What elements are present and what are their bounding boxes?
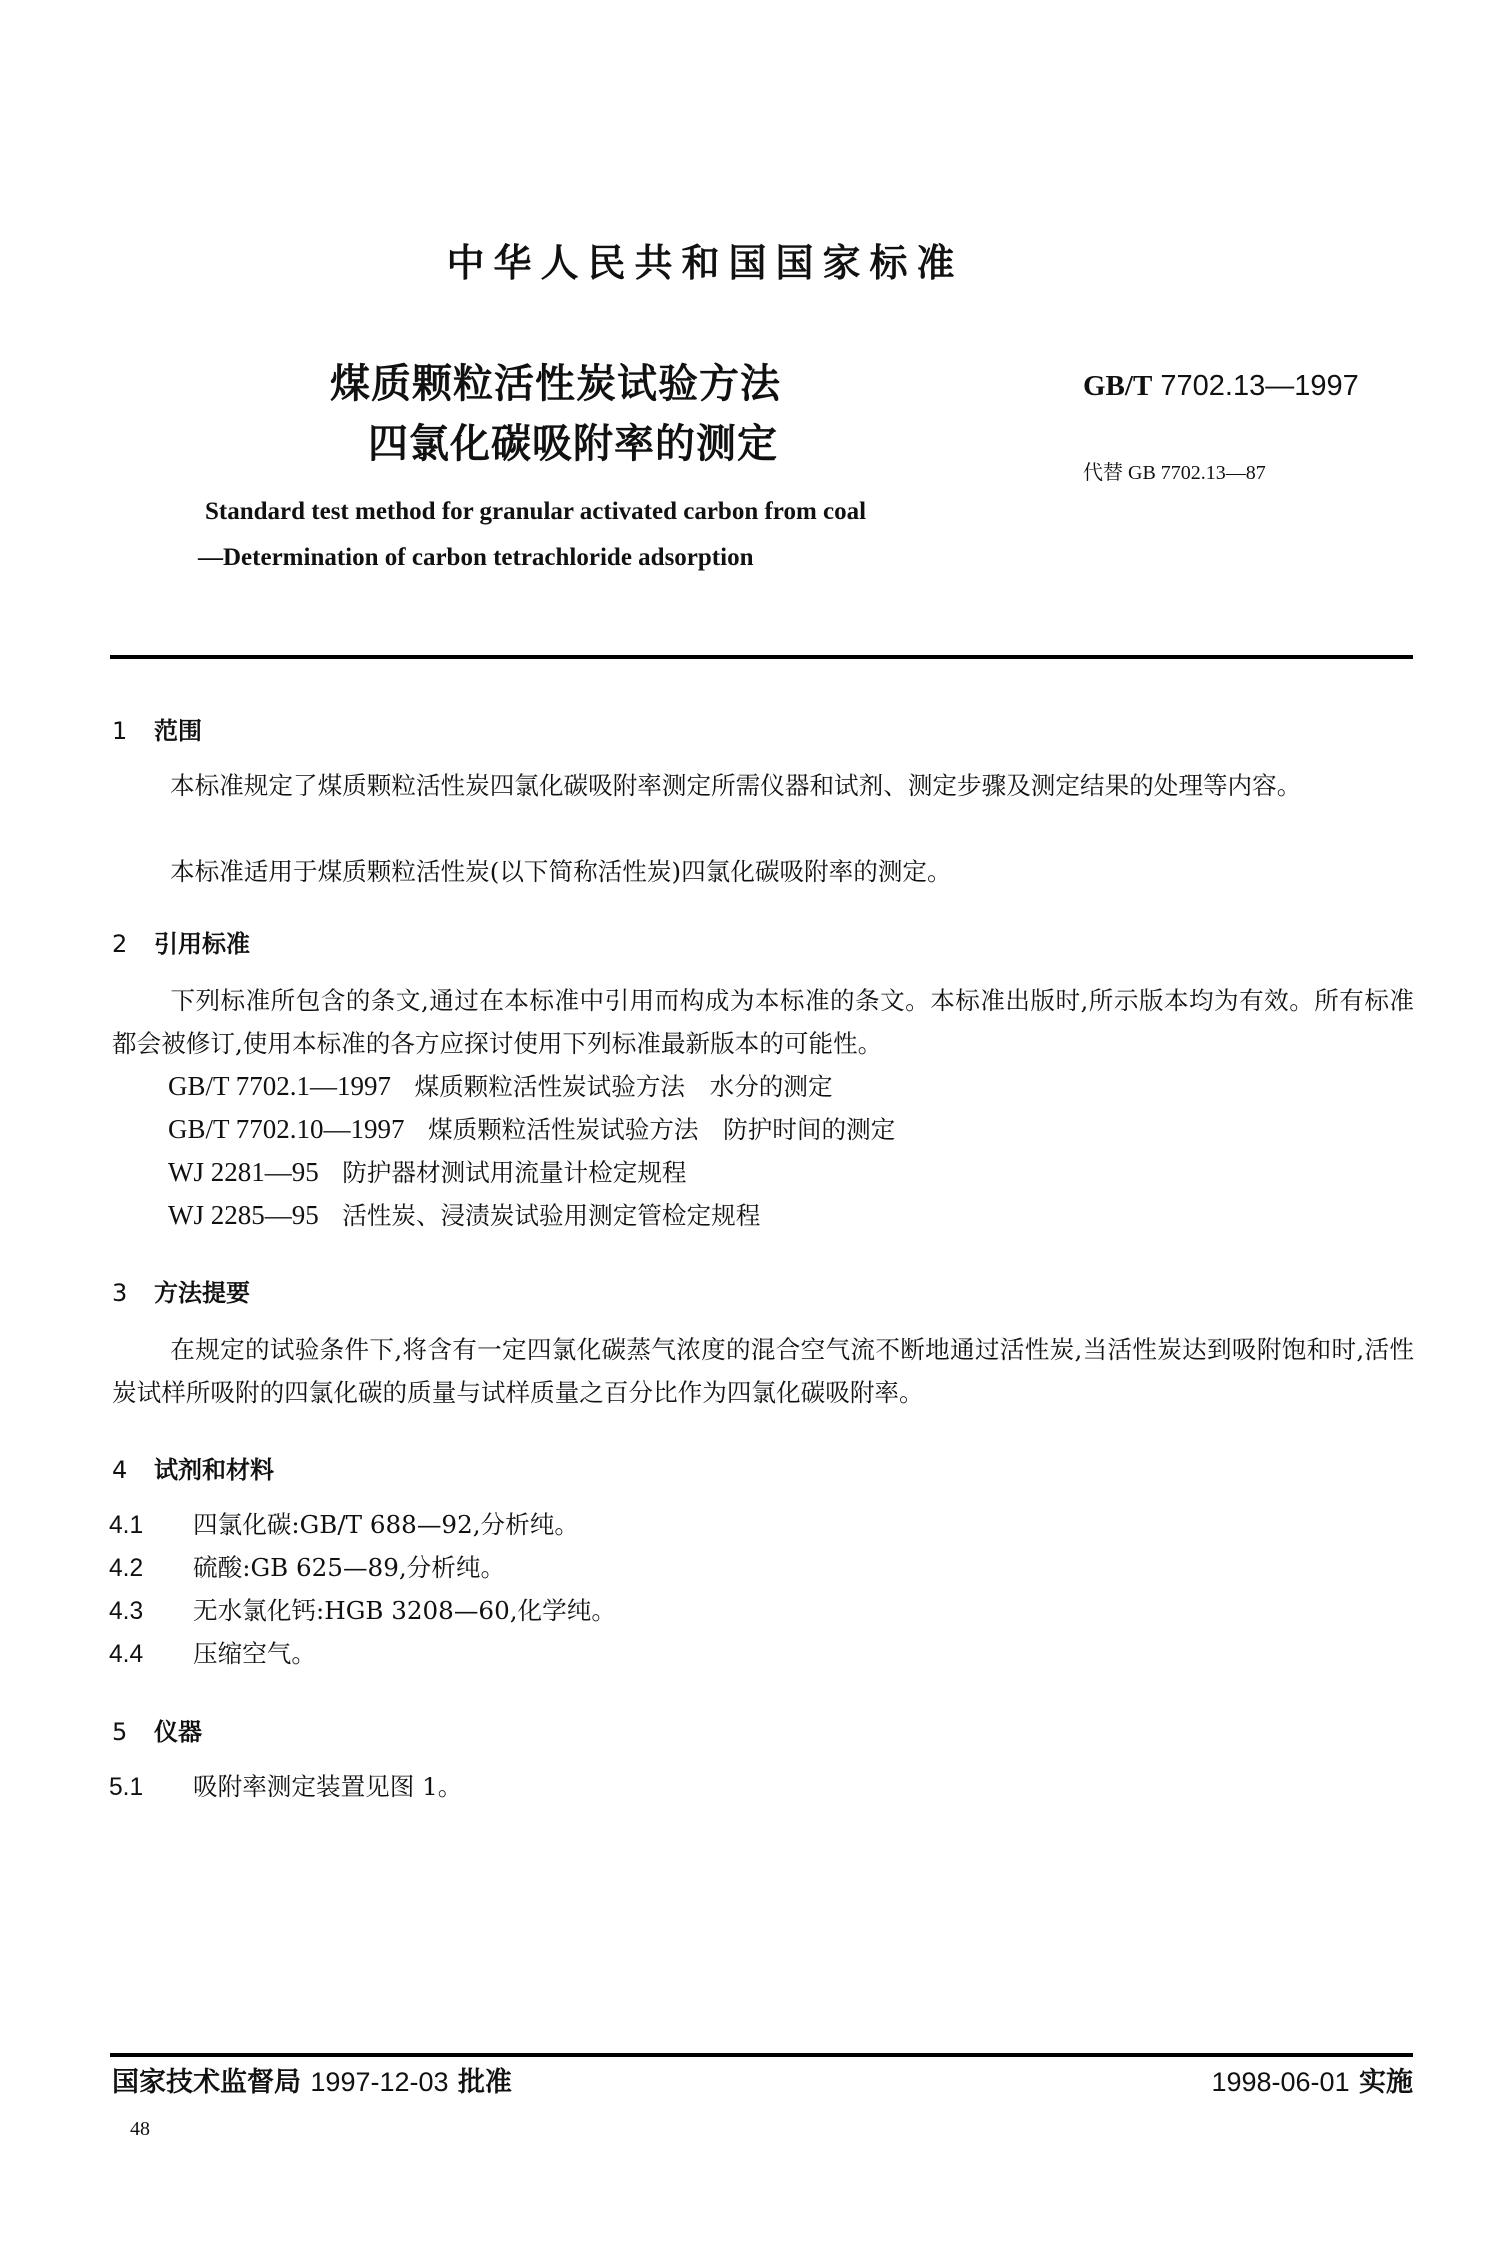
section-5-heading: 5仪器 [112,1712,202,1747]
approval-label: 批准 [458,2067,512,2098]
reference-title: 煤质颗粒活性炭试验方法 防护时间的测定 [428,1115,895,1144]
item-text: 压缩空气。 [193,1639,316,1668]
effective-label: 实施 [1359,2067,1413,2098]
replaces-note: 代替 GB 7702.13—87 [1083,456,1266,485]
section-number: 4 [112,1456,154,1484]
standard-code: GB/T 7702.13—1997 [1083,370,1359,403]
section-number: 1 [112,717,154,745]
header-divider [110,655,1413,659]
section-title: 仪器 [154,1718,202,1746]
document-title-line2: 四氯化碳吸附率的测定 [368,412,778,469]
reference-title: 活性炭、浸渍炭试验用测定管检定规程 [342,1201,760,1230]
reference-code: GB/T 7702.10—1997 [168,1114,405,1145]
section-2-paragraph-1: 下列标准所包含的条文,通过在本标准中引用而构成为本标准的条文。本标准出版时,所示… [112,979,1414,1065]
reference-item: GB/T 7702.10—1997 煤质颗粒活性炭试验方法 防护时间的测定 [168,1111,895,1146]
section-1-paragraph-2: 本标准适用于煤质颗粒活性炭(以下简称活性炭)四氯化碳吸附率的测定。 [112,850,1414,893]
national-standard-heading: 中华人民共和国国家标准 [0,232,1500,287]
item-text: 硫酸:GB 625—89,分析纯。 [193,1553,505,1582]
english-title-line1: Standard test method for granular activa… [205,498,866,526]
section-title: 范围 [154,717,202,745]
approval-date: 1997-12-03 [310,2067,448,2097]
item-number: 4.3 [109,1598,193,1626]
english-title-line2: —Determination of carbon tetrachloride a… [198,544,753,572]
footer-divider [110,2053,1413,2057]
standard-code-prefix: GB/T [1083,370,1152,402]
section-number: 3 [112,1279,154,1307]
approving-authority: 国家技术监督局 [112,2067,301,2098]
approval-info: 国家技术监督局 1997-12-03 批准 [112,2060,512,2099]
reference-code: WJ 2285—95 [168,1200,319,1231]
reference-item: WJ 2281—95 防护器材测试用流量计检定规程 [168,1154,687,1189]
standard-code-number: 7702.13—1997 [1160,370,1358,402]
section-1-heading: 1范围 [112,711,202,746]
effective-date: 1998-06-01 [1211,2067,1349,2097]
section-1-paragraph-1: 本标准规定了煤质颗粒活性炭四氯化碳吸附率测定所需仪器和试剂、测定步骤及测定结果的… [112,764,1414,807]
reference-title: 煤质颗粒活性炭试验方法 水分的测定 [414,1072,832,1101]
item-number: 4.4 [109,1641,193,1669]
reference-code: WJ 2281—95 [168,1157,319,1188]
item-number: 4.1 [109,1512,193,1540]
material-item: 4.4压缩空气。 [109,1635,316,1670]
material-item: 4.2硫酸:GB 625—89,分析纯。 [109,1549,505,1584]
section-4-heading: 4试剂和材料 [112,1450,274,1485]
reference-code: GB/T 7702.1—1997 [168,1071,391,1102]
reference-item: WJ 2285—95 活性炭、浸渍炭试验用测定管检定规程 [168,1197,760,1232]
page-number: 48 [130,2118,150,2141]
document-title-line1: 煤质颗粒活性炭试验方法 [330,352,781,409]
material-item: 4.1四氯化碳:GB/T 688—92,分析纯。 [109,1506,579,1541]
section-title: 试剂和材料 [154,1456,274,1484]
item-number: 5.1 [109,1774,193,1802]
item-number: 4.2 [109,1555,193,1583]
section-number: 2 [112,930,154,958]
item-text: 吸附率测定装置见图 1。 [193,1772,462,1801]
section-3-heading: 3方法提要 [112,1273,250,1308]
item-text: 无水氯化钙:HGB 3208—60,化学纯。 [193,1596,616,1625]
section-title: 方法提要 [154,1279,250,1307]
apparatus-item: 5.1吸附率测定装置见图 1。 [109,1768,462,1803]
section-2-heading: 2引用标准 [112,924,250,959]
reference-title: 防护器材测试用流量计检定规程 [342,1158,686,1187]
reference-item: GB/T 7702.1—1997 煤质颗粒活性炭试验方法 水分的测定 [168,1068,833,1103]
item-text: 四氯化碳:GB/T 688—92,分析纯。 [193,1510,579,1539]
section-number: 5 [112,1718,154,1746]
section-3-paragraph-1: 在规定的试验条件下,将含有一定四氯化碳蒸气浓度的混合空气流不断地通过活性炭,当活… [112,1328,1414,1414]
section-title: 引用标准 [154,930,250,958]
material-item: 4.3无水氯化钙:HGB 3208—60,化学纯。 [109,1592,616,1627]
effective-info: 1998-06-01 实施 [1211,2060,1413,2099]
